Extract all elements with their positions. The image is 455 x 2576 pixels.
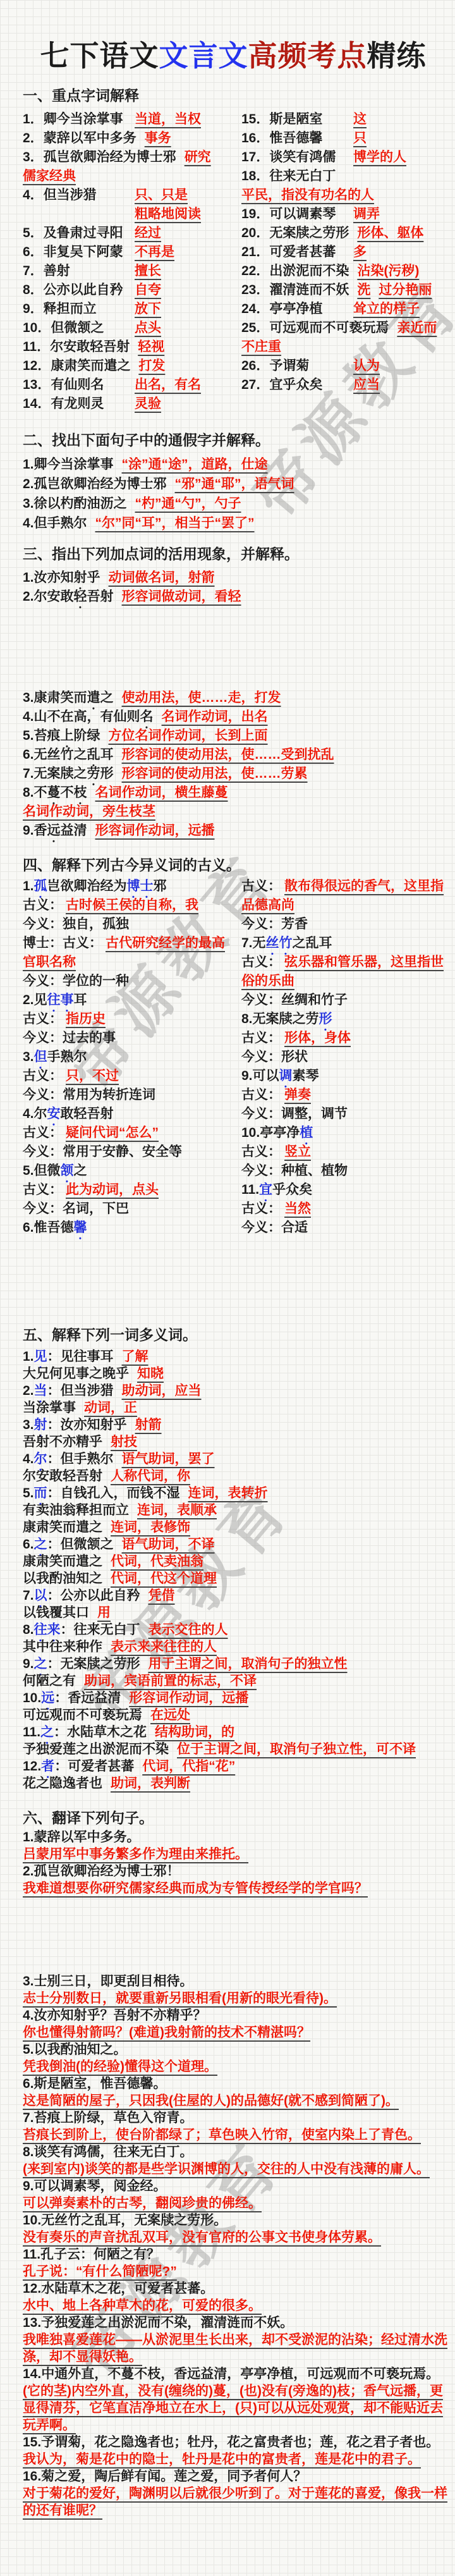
answer-text: 结构助词，的	[155, 1724, 234, 1741]
answer-text: 这是简陋的屋子，只因我(住屋的人)的品德好(就不感到简陋了)。	[23, 2092, 399, 2109]
answer-text: 过分艳丽	[379, 281, 432, 300]
text-line: (它的茎)内空外直，没有(缠绕的)蔓，(也)没有(旁逸的)枝；香气远播，更	[23, 2383, 444, 2400]
answer-text: 助词，宾语前置的标志，不译	[84, 1672, 257, 1690]
text: 今义：种植、植物	[241, 1162, 348, 1181]
text: 尔安敢轻吾射	[23, 1468, 102, 1485]
text-line: 16.菊之爱，陶后鲜有闻。莲之爱，同予者何人？	[23, 2468, 444, 2485]
text-line: 这是简陋的屋子，只因我(住屋的人)的品德好(就不感到简陋了)。	[23, 2092, 444, 2109]
text: 古义：	[241, 953, 281, 972]
text: 25．可远观而不可亵玩焉	[241, 319, 389, 338]
text: 7.无	[241, 934, 266, 953]
text-line: 10.亭亭净植	[241, 1124, 444, 1143]
answer-text: 方位名词作动词，长到上面	[109, 727, 268, 745]
answer-text: 打发	[138, 357, 165, 376]
answer-text: 竖立	[284, 1143, 311, 1162]
text-line: 有卖油翁释担而立连词，表顺承	[23, 1502, 444, 1519]
text-line: 3.射：汝亦知射乎射箭	[23, 1416, 444, 1433]
text-line: 吕蒙用军中事务繁多作为理由来推托。	[23, 1846, 444, 1863]
text: 5.苔痕	[23, 727, 61, 745]
text: 2．蒙辞以军中多务	[23, 129, 136, 148]
text: 9.香	[23, 821, 47, 840]
text-line: 可远观而不可亵玩焉在远处	[23, 1707, 444, 1724]
answer-text: “邪”通“耶”，语气词	[175, 474, 294, 494]
answer-text: “杓”通“勺”，勺子	[135, 494, 241, 513]
text: 14.中通外直，不蔓不枝，香远益清，亭亭净植，可远观而不可亵玩焉。	[23, 2365, 439, 2383]
text-line: 予独爱莲之出淤泥而不染位于主谓之间，取消句子独立性，可不译	[23, 1741, 444, 1758]
text: 古义：	[23, 1067, 63, 1086]
text-line: 今义：常用于安静、安全等	[23, 1143, 241, 1162]
text: 4.	[23, 1451, 34, 1468]
text-line: 11.孔子云：何陋之有？	[23, 2246, 444, 2263]
text: 吾射不亦精乎	[23, 1433, 102, 1451]
answer-text: 没有奏乐的声音扰乱双耳，没有官府的公事文书使身体劳累。	[23, 2229, 381, 2246]
text-line: 今义：过去的事	[23, 1029, 241, 1048]
text-line: 6.惟吾德馨	[23, 1218, 241, 1237]
answer-text: 动词，正	[84, 1399, 137, 1416]
text-line: 2.孤岂欲卿治经为博士邪“邪”通“耶”，语气词	[23, 474, 444, 494]
answer-text: 形容词的使动用法，使……劳累	[122, 764, 308, 783]
text-line: 你也懂得射箭吗？(难道)我射箭的技术不精湛吗？	[23, 2024, 444, 2041]
text: 乎众矣	[272, 1181, 312, 1199]
text: 6．非复吴下阿蒙	[23, 243, 126, 262]
text: 7．善射	[23, 262, 126, 281]
text-line: 以钱覆其口用	[23, 1604, 444, 1621]
text: 18．往来无白丁	[241, 167, 345, 186]
text-line: 7．善射擅长	[23, 262, 241, 281]
text: 8.不	[23, 783, 47, 802]
text-line: 9．释担而立放下	[23, 300, 241, 319]
text-line: 当涂掌事动词，正	[23, 1399, 444, 1416]
text-line: 8．公亦以此自矜自夸	[23, 281, 241, 300]
answer-text: 弹奏	[284, 1086, 311, 1105]
text: 乎	[87, 568, 100, 587]
text: 敢轻吾射	[61, 1105, 114, 1124]
text: 26．予谓菊	[241, 357, 345, 376]
text: 4.山不在高，有仙则	[23, 708, 140, 727]
answer-text: 粗略地阅读	[135, 205, 201, 224]
text: 有卖油翁释担而立	[23, 1502, 129, 1519]
section-heading: 四、解释下列古今异义词的古义。	[23, 857, 444, 873]
sections-container: 一、重点字词解释1．卿今当涂掌事当道，当权2．蒙辞以军中多务事务3．孤岂欲卿治经…	[23, 87, 444, 2519]
answer-text: 只	[353, 129, 367, 148]
text-line: 古义：形体，身体	[241, 1029, 444, 1048]
text: 11.孔子云：何陋之有？	[23, 2246, 160, 2263]
text: 9.	[23, 1655, 34, 1672]
answer-text: 凭借	[149, 1587, 175, 1604]
answer-text: 擅长	[135, 262, 161, 281]
text: 11.	[241, 1181, 259, 1199]
text-line: 7.以：公亦以此自矜凭借	[23, 1587, 444, 1604]
text-line: 4.尔：但手熟尔语气助词，罢了	[23, 1451, 444, 1468]
text: 1.蒙辞以军中多务。	[23, 1829, 140, 1846]
text-line: 13．有仙则名出名，有名	[23, 376, 241, 395]
text-line: 古义：弦乐器和管乐器，这里指世	[241, 953, 444, 972]
text: 今义：过去的事	[23, 1029, 116, 1048]
text-line: 26．予谓菊认为	[241, 357, 444, 376]
answer-text: (来到室内)谈笑的都是些学识渊博的人，交往的人中没有浅薄的庸人。	[23, 2161, 430, 2178]
text: 17．谈笑有鸿儒	[241, 148, 345, 167]
text: 6.无丝竹之	[23, 745, 87, 764]
text-line: 15.予谓菊，花之隐逸者也；牡丹，花之富贵者也；莲，花之君子者也。	[23, 2434, 444, 2451]
text: 10．但微颔之	[23, 319, 126, 338]
text: 3.	[23, 1048, 34, 1067]
text-line: 3．孤岂欲卿治经为博士邪研究	[23, 148, 241, 167]
text-line: 今义：丝绸和竹子	[241, 991, 444, 1010]
text-line: 今义：常用为转折连词	[23, 1086, 241, 1105]
text: 22．出淤泥而不染	[241, 262, 349, 281]
answer-text: 名词作动词，出名	[162, 708, 268, 727]
answer-text: 我唯独喜爱莲花——从淤泥里生长出来，却不受淤泥的沾染；经过清水洗	[23, 2331, 447, 2348]
text: 今义：学位的一种	[23, 972, 129, 991]
text-line: 10.远：香远益清形容词作动词，远播	[23, 1690, 444, 1707]
text: 古义：	[23, 1124, 63, 1143]
answer-text: (它的茎)内空外直，没有(缠绕的)蔓，(也)没有(旁逸的)枝；香气远播，更	[23, 2383, 443, 2400]
text-line: 名词作动词，旁生枝茎	[23, 802, 444, 821]
two-column-layout: 1.孤岂欲卿治经为博士邪古义：古时候王侯的自称，我今义：独自，孤独博士：古义：古…	[23, 877, 444, 1237]
text-line: 11.之：水陆草木之花结构助词，的	[23, 1724, 444, 1741]
column-left: 1．卿今当涂掌事当道，当权2．蒙辞以军中多务事务3．孤岂欲卿治经为博士邪研究儒家…	[23, 110, 241, 414]
answer-text: 玩弄啊。	[23, 2417, 76, 2434]
text-line: 9.可以调素琴，阅金经。	[23, 2178, 444, 2195]
answer-text: 出名，有名	[135, 376, 201, 395]
text-line: 的还有谁呢？	[23, 2502, 444, 2519]
text-line: 23．濯清涟而不妖洗过分艳丽	[241, 281, 444, 300]
column-left: 1.孤岂欲卿治经为博士邪古义：古时候王侯的自称，我今义：独自，孤独博士：古义：古…	[23, 877, 241, 1237]
answer-text: 的还有谁呢？	[23, 2502, 102, 2519]
answer-text: 俗的乐曲	[241, 972, 294, 991]
answer-text: 轻视	[138, 338, 164, 357]
text: 3.徐以杓酌油沥之	[23, 494, 127, 513]
text-line: 17．谈笑有鸿儒博学的人	[241, 148, 444, 167]
text-line: 25．可远观而不可亵玩焉亲近而	[241, 319, 444, 338]
answer-text: 官职名称	[23, 953, 76, 972]
text: 3．孤岂欲卿治经为博士邪	[23, 148, 176, 167]
text: 今义：调整，调节	[241, 1105, 348, 1124]
text-line: 21．可爱者甚蕃多	[241, 243, 444, 262]
text-line: 1.孤岂欲卿治经为博士邪	[23, 877, 241, 896]
title-segment: 高频考点	[248, 39, 367, 72]
answer-text: 形体、躯体	[357, 224, 423, 243]
worksheet-page: { "palette":{ "ink":"#1b1b1b", "answer_r…	[0, 0, 455, 2576]
page-title: 七下语文文言文高频考点精练	[23, 0, 444, 72]
text-line: 对于菊花的爱好，陶渊明以后就很少听到了。对于莲花的喜爱，像我一样	[23, 2485, 444, 2502]
text: 11．尔安敢轻吾射	[23, 338, 130, 357]
text: ：见往事耳	[47, 1348, 114, 1365]
answer-text: 点头	[135, 319, 161, 338]
text: ：可爱者甚蕃	[54, 1758, 134, 1775]
text: 益清	[61, 821, 87, 840]
section-heading: 二、找出下面句子中的通假字并解释。	[23, 432, 444, 448]
text: 8.无案牍之劳	[241, 1010, 319, 1029]
answer-text: 古时候王侯的自称，我	[66, 896, 198, 915]
text: 4．但当涉猎	[23, 186, 126, 205]
answer-text: 射箭	[135, 1416, 162, 1433]
text-line: 7.苔痕上阶绿，草色入帘青。	[23, 2109, 444, 2126]
text-line: 1.见：见往事耳了解	[23, 1348, 444, 1365]
text-line: 平民，指没有功名的人	[241, 186, 444, 205]
text-line: 今义：学位的一种	[23, 972, 241, 991]
text: 13.予独爱莲之出淤泥而不染，濯清涟而不妖。	[23, 2314, 293, 2331]
text: 3.康肃笑而	[23, 689, 87, 708]
text: 今义：名词，下巴	[23, 1199, 129, 1218]
column-right: 古义：散布得很远的香气，这里指品德高尚今义：芳香7.无丝竹之乱耳古义：弦乐器和管…	[241, 877, 444, 1237]
text-line: 24．亭亭净植耸立的样子	[241, 300, 444, 319]
section-1-key-words: 一、重点字词解释1．卿今当涂掌事当道，当权2．蒙辞以军中多务事务3．孤岂欲卿治经…	[23, 87, 444, 414]
text: 9．释担而立	[23, 300, 126, 319]
answer-text: 形容词作动词，远播	[95, 821, 215, 840]
text: 10.	[23, 1690, 41, 1707]
text: 15.予谓菊，花之隐逸者也；牡丹，花之富贵者也；莲，花之君子者也。	[23, 2434, 439, 2451]
text: 21．可爱者甚蕃	[241, 243, 345, 262]
text-line: 9.香远益清形容词作动词，远播	[23, 821, 444, 840]
text: 2.见	[23, 991, 47, 1010]
text: 何陋之有	[23, 1672, 76, 1690]
text: 2.孤岂欲卿治经为博士邪！	[23, 1863, 180, 1880]
text: 予独爱莲之出淤泥而不染	[23, 1741, 169, 1758]
text: 8．公亦以此自矜	[23, 281, 126, 300]
text: 11.	[23, 1724, 40, 1741]
text: 阶绿	[74, 727, 100, 745]
text-line: 志士分别数日，就要重新另眼相看(用新的眼光看待)。	[23, 1990, 444, 2007]
text: 古义：	[241, 1199, 281, 1218]
text: 14．有龙则灵	[23, 395, 126, 414]
text: 2.尔安敢	[23, 587, 74, 606]
title-segment: 文言文	[159, 39, 248, 72]
text-line: 4.尔安敢轻吾射	[23, 1105, 241, 1124]
answer-text: 博学的人	[353, 148, 406, 167]
section-3-huoyong: 三、指出下列加点词的活用现象，并解释。1.汝亦知射乎动词做名词，射箭2.尔安敢轻…	[23, 546, 444, 840]
text-line: 11.宜乎众矣	[241, 1181, 444, 1199]
text: 8.	[23, 1621, 34, 1638]
text-line: 2．蒙辞以军中多务事务	[23, 129, 241, 148]
title-segment: 精练	[367, 39, 427, 72]
answer-text: 不庄重	[241, 338, 345, 357]
text: 1．卿今当涂掌事	[23, 110, 126, 129]
text: 康肃笑而遣之	[23, 1519, 102, 1536]
text-line: 2.当：但当涉猎助动词，应当	[23, 1382, 444, 1399]
text: 10.无丝竹之乱耳，无案牍之劳形。	[23, 2212, 227, 2229]
text: 6.	[23, 1536, 34, 1553]
text-line: 今义：种植、植物	[241, 1162, 444, 1181]
text: 耳	[100, 745, 114, 764]
page-break-gap	[23, 606, 444, 689]
text-line: 8.谈笑有鸿儒，往来无白丁。	[23, 2144, 444, 2161]
text: 今义：合适	[241, 1218, 308, 1237]
answer-text: 我难道想要你研究儒家经典而成为专管传授经学的学官吗？	[23, 1880, 368, 1897]
answer-text: 品德高尚	[241, 896, 294, 915]
text-line: 9.可以调素琴	[241, 1067, 444, 1086]
text-line: 18．往来无白丁	[241, 167, 444, 186]
text: 今义：独自，孤独	[23, 915, 129, 934]
text-line: 1.汝亦知射乎动词做名词，射箭	[23, 568, 444, 587]
answer-text: 形容词的使动用法，使……受到扰乱	[122, 745, 334, 764]
section-6-fanyi: 六、翻译下列句子。1.蒙辞以军中多务。吕蒙用军中事务繁多作为理由来推托。2.孤岂…	[23, 1810, 444, 2519]
text-line: 10.无丝竹之乱耳，无案牍之劳形。	[23, 2212, 444, 2229]
text: 其中往来种作	[23, 1638, 102, 1655]
text: 10.亭亭净	[241, 1124, 300, 1143]
text: 7.苔痕上阶绿，草色入帘青。	[23, 2109, 193, 2126]
text: 大兄何见事之晚乎	[23, 1365, 129, 1382]
answer-text: 我认为，菊是花中的隐士，牡丹是花中的富贵者，莲是花中的君子。	[23, 2451, 421, 2468]
answer-text: 儒家经典	[23, 167, 126, 186]
answer-text: 散布得很远的香气，这里指	[284, 877, 444, 896]
answer-text: 连词，表修饰	[111, 1519, 190, 1536]
text: 之	[100, 689, 114, 708]
answer-text: 只、只是	[135, 186, 188, 205]
text-line: 尔安敢轻吾射人称代词，你	[23, 1468, 444, 1485]
answer-text: 自夸	[135, 281, 161, 300]
text: 6.斯是陋室，惟吾德馨。	[23, 2075, 167, 2092]
text-line: 1．卿今当涂掌事当道，当权	[23, 110, 241, 129]
text-line: 4.但手熟尔“尔”同“耳”，相当于“罢了”	[23, 513, 444, 533]
text-line: 显得清芬，它笔直洁净地立在水上，(只)可以从远处观赏，却不能贴近去	[23, 2400, 444, 2417]
text: 素琴	[293, 1067, 319, 1086]
answer-text: 表示交往的人	[149, 1621, 228, 1638]
section-2-tongjiazi: 二、找出下面句子中的通假字并解释。1.卿今当涂掌事“涂”通“途”，道路，仕途2.…	[23, 432, 444, 533]
answer-text: 此为动词，点头	[66, 1181, 159, 1199]
text: 古义：	[241, 1086, 281, 1105]
answer-text: 平民，指没有功名的人	[241, 186, 374, 205]
text-line: 古义：散布得很远的香气，这里指	[241, 877, 444, 896]
text-line: 3.徐以杓酌油沥之“杓”通“勺”，勺子	[23, 494, 444, 513]
text-line: 粗略地阅读	[23, 205, 241, 224]
text: ：香远益清	[54, 1690, 121, 1707]
answer-text: 人称代词，你	[111, 1468, 190, 1485]
answer-text: 当然	[284, 1199, 311, 1218]
text: 5.	[23, 1485, 34, 1502]
answer-text: “涂”通“途”，道路，仕途	[122, 455, 268, 474]
text-line: 1.卿今当涂掌事“涂”通“途”，道路，仕途	[23, 455, 444, 474]
section-4-gujin: 四、解释下列古今异义词的古义。1.孤岂欲卿治经为博士邪古义：古时候王侯的自称，我…	[23, 857, 444, 1237]
text-line: 8.无案牍之劳形	[241, 1010, 444, 1029]
text: 之乱耳	[293, 934, 332, 953]
text: 今义：芳香	[241, 915, 308, 934]
answer-text: 显得清芬，它笔直洁净地立在水上，(只)可以从远处观赏，却不能贴近去	[23, 2400, 443, 2417]
text: ：但手熟尔	[47, 1451, 114, 1468]
text: 23．濯清涟而不妖	[241, 281, 349, 300]
section-5-duoyi: 五、解释下列一词多义词。1.见：见往事耳了解大兄何见事之晚乎知晓2.当：但当涉猎…	[23, 1327, 444, 1792]
text: 今义：常用为转折连词	[23, 1086, 155, 1105]
text: 3.士别三日，即更刮目相待。	[23, 1973, 193, 1990]
text: 1.卿今当涂掌事	[23, 455, 114, 474]
text: 不	[61, 783, 74, 802]
text: 19．可以调素琴	[241, 205, 345, 224]
text: 2.孤岂欲卿治经为博士邪	[23, 474, 167, 494]
text: 15．斯是陋室	[241, 110, 345, 129]
text: 邪	[154, 877, 167, 896]
answer-text: 志士分别数日，就要重新另眼相看(用新的眼光看待)。	[23, 1990, 337, 2007]
text: 当涂掌事	[23, 1399, 76, 1416]
text: ：水陆草木之花	[54, 1724, 147, 1741]
text-line: 10．但微颔之点头	[23, 319, 241, 338]
text-line: 苔痕长到阶上，使台阶都绿了；草色映入竹帘，使室内染上了青色。	[23, 2126, 444, 2144]
text: 24．亭亭净植	[241, 300, 345, 319]
answer-text: 你也懂得射箭吗？(难道)我射箭的技术不精湛吗？	[23, 2024, 310, 2041]
text-line: 可以弹奏素朴的古琴，翻阅珍贵的佛经。	[23, 2195, 444, 2212]
answer-text: “尔”同“耳”，相当于“罢了”	[95, 513, 255, 533]
text: ：汝亦知射乎	[47, 1416, 127, 1433]
text-line: 27．宜乎众矣应当	[241, 376, 444, 395]
text: 古义：	[241, 1143, 281, 1162]
blue-keyword-text: 馨	[74, 1218, 87, 1242]
text-line: 5.但微颔之	[23, 1162, 241, 1181]
text: 以我酌油知之	[23, 1570, 102, 1587]
text-line: 4.山不在高，有仙则名名词作动词，出名	[23, 708, 444, 727]
text-line: 8.往来：往来无白丁表示交往的人	[23, 1621, 444, 1638]
answer-text: 研究	[185, 148, 211, 167]
section-heading: 一、重点字词解释	[23, 87, 444, 104]
text-line: 凭我倒油(的经验)懂得这个道理。	[23, 2058, 444, 2075]
text: 13．有仙则名	[23, 376, 126, 395]
text-line: 其中往来种作表示来来往往的人	[23, 1638, 444, 1655]
text: 4.但手熟尔	[23, 513, 87, 533]
text-line: 5.以我酌油知之。	[23, 2041, 444, 2058]
text-line: 不庄重	[241, 338, 444, 357]
answer-text: 语气助词，罢了	[122, 1451, 215, 1468]
text-line: 20．无案牍之劳形形体、躯体	[241, 224, 444, 243]
answer-text: 多	[353, 243, 367, 262]
text-line: 5．及鲁肃过寻阳经过	[23, 224, 241, 243]
text-line: 8.不蔓不枝名词作动词，横生藤蔓	[23, 783, 444, 802]
text-line: 孔子说：“有什么简陋呢?”	[23, 2263, 444, 2280]
text: 6.惟吾德	[23, 1218, 74, 1237]
text: 吾射	[87, 587, 114, 606]
text-line: 15．斯是陋室这	[241, 110, 444, 129]
text-line: 7.无案牍之劳形形容词的使动用法，使……劳累	[23, 764, 444, 783]
text-line: 13.予独爱莲之出淤泥而不染，濯清涟而不妖。	[23, 2314, 444, 2331]
text-line: 3.但手熟尔	[23, 1048, 241, 1067]
text-line: 古义：当然	[241, 1199, 444, 1218]
text: 今义：形状	[241, 1048, 308, 1067]
text-line: 今义：独自，孤独	[23, 915, 241, 934]
answer-text: 用	[97, 1604, 111, 1621]
answer-text: 了解	[122, 1348, 149, 1365]
text: 古义：	[241, 877, 281, 896]
section-heading: 三、指出下列加点词的活用现象，并解释。	[23, 546, 444, 562]
worksheet-content: 七下语文文言文高频考点精练 一、重点字词解释1．卿今当涂掌事当道，当权2．蒙辞以…	[0, 0, 455, 2519]
text-line: (来到室内)谈笑的都是些学识渊博的人，交往的人中没有浅薄的庸人。	[23, 2161, 444, 2178]
text-line: 3.士别三日，即更刮目相待。	[23, 1973, 444, 1990]
text: 5.但微	[23, 1162, 61, 1181]
text-line: 古义：疑问代词“怎么”	[23, 1124, 241, 1143]
text-line: 康肃笑而遣之代词，代卖油翁	[23, 1553, 444, 1570]
text-line: 4.汝亦知射乎？吾射不亦精乎？	[23, 2007, 444, 2024]
answer-text: 经过	[135, 224, 161, 243]
page-break-gap	[23, 1897, 444, 1973]
answer-text: 吕蒙用军中事务繁多作为理由来推托。	[23, 1846, 248, 1863]
title-segment: 七下语文	[40, 39, 159, 72]
text-line: 康肃笑而遣之连词，表修饰	[23, 1519, 444, 1536]
answer-text: 洗	[357, 281, 370, 300]
answer-text: 苔痕长到阶上，使台阶都绿了；草色映入竹帘，使室内染上了青色。	[23, 2126, 421, 2144]
answer-text: 表示来来往往的人	[111, 1638, 217, 1655]
text-line: 官职名称	[23, 953, 241, 972]
text-line: 吾射不亦精乎射技	[23, 1433, 444, 1451]
answer-text: 调弄	[353, 205, 380, 224]
answer-text: 古代研究经学的最高	[106, 934, 225, 953]
section-heading: 六、翻译下列句子。	[23, 1810, 444, 1826]
text: ：往来无白丁	[61, 1621, 140, 1638]
answer-text: 连词，表转折	[188, 1485, 268, 1502]
text: 3.	[23, 1416, 34, 1433]
answer-text: 耸立的样子	[353, 300, 420, 319]
text-line: 14.中通外直，不蔓不枝，香远益清，亭亭净植，可远观而不可亵玩焉。	[23, 2365, 444, 2383]
answer-text: 灵验	[135, 395, 161, 414]
answer-text: 涤，却不显得妖艳。	[23, 2348, 142, 2365]
text-line: 以我酌油知之代词，代这个道理	[23, 1570, 444, 1587]
answer-text: 弦乐器和管乐器，这里指世	[284, 953, 444, 972]
text-line: 12．康肃笑而遣之打发	[23, 357, 241, 376]
